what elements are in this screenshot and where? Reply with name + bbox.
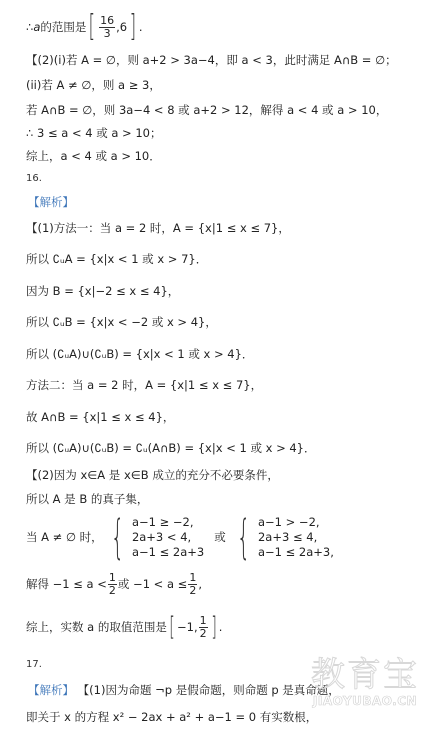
text-line: 综上，a < 4 或 a > 10． [26, 149, 161, 163]
denominator: 3 [104, 28, 111, 40]
system-row: 2a+3 < 4, [132, 530, 204, 545]
inequality-systems-line: 当 A ≠ ∅ 时， { a−1 ≥ −2, 2a+3 < 4, a−1 ≤ 2… [26, 512, 334, 562]
therefore-symbol: ∴ [26, 20, 33, 34]
text-line: (ii)若 A ≠ ∅，则 a ≥ 3， [26, 78, 161, 92]
text-line: 【(2)因为 x∈A 是 x∈B 成立的充分不必要条件， [26, 468, 279, 482]
fraction-1-2: 1 2 [108, 572, 117, 597]
text-line: 所以 ∁ᵤA = {x|x < 1 或 x > 7}． [26, 252, 207, 266]
question-number-16: 16. [26, 172, 42, 186]
numerator: 1 [108, 572, 117, 585]
fraction-16-3: 16 3 [99, 15, 115, 40]
system-1: { a−1 ≥ −2, 2a+3 < 4, a−1 ≤ 2a+3 [103, 514, 205, 560]
final-range-line: 综上，实数 a 的取值范围是 [ −1, 1 2 ] . [26, 612, 222, 642]
watermark-en: JIAOYUBAO.CN [300, 694, 430, 708]
text-line: 所以 A 是 B 的真子集， [26, 492, 148, 506]
text-line: 方法二：当 a = 2 时，A = {x|1 ≤ x ≤ 7}， [26, 378, 262, 392]
final-range-text: 综上，实数 a 的取值范围是 [26, 620, 167, 634]
text-line: 故 A∩B = {x|1 ≤ x ≤ 4}， [26, 410, 174, 424]
watermark-logo: 教育宝 JIAOYUBAO.CN [300, 656, 430, 708]
or-text: 或 [214, 530, 226, 544]
system-row: a−1 ≥ −2, [132, 515, 204, 530]
system-row: a−1 > −2, [258, 515, 334, 530]
left-bracket: [ [169, 612, 175, 642]
system-rows: a−1 > −2, 2a+3 ≤ 4, a−1 ≤ 2a+3, [258, 515, 334, 560]
analysis-line-17: 【解析】 【(1)因为命题 ¬p 是假命题，则命题 p 是真命题， [28, 683, 340, 697]
text-line: 若 A∩B = ∅，则 3a−4 < 8 或 a+2 > 12，解得 a < 4… [26, 103, 387, 117]
system-row: 2a+3 ≤ 4, [258, 530, 334, 545]
range-text: 的范围是 [40, 20, 86, 34]
text-line: 所以 (∁ᵤA)∪(∁ᵤB) = {x|x < 1 或 x > 4}． [26, 347, 253, 361]
system-row: a−1 ≤ 2a+3, [258, 545, 334, 560]
numerator: 16 [99, 15, 115, 28]
left-brace: { [237, 514, 250, 560]
fraction-1-2: 1 2 [199, 615, 208, 640]
system-2: { a−1 > −2, 2a+3 ≤ 4, a−1 ≤ 2a+3, [229, 514, 334, 560]
left-brace: { [111, 514, 124, 560]
analysis-label-16: 【解析】 [28, 195, 74, 209]
text-line: 【(1)方法一：当 a = 2 时，A = {x|1 ≤ x ≤ 7}， [26, 221, 290, 235]
range-result-line: ∴ a 的范围是 [ 16 3 ,6 ] . [26, 12, 142, 42]
numerator: 1 [188, 572, 197, 585]
fraction-1-2: 1 2 [188, 572, 197, 597]
text-line: 所以 ∁ᵤB = {x|x < −2 或 x > 4}， [26, 315, 217, 329]
text-line: ∴ 3 ≤ a < 4 或 a > 10； [26, 126, 161, 140]
solution-text: 解得 −1 ≤ a < [26, 577, 107, 591]
text-line: 因为 B = {x|−2 ≤ x ≤ 4}， [26, 284, 179, 298]
text-line: 即关于 x 的方程 x² − 2ax + a² + a−1 = 0 有实数根， [26, 710, 317, 724]
denominator: 2 [189, 585, 196, 597]
text-line: 所以 (∁ᵤA)∪(∁ᵤB) = ∁ᵤ(A∩B) = {x|x < 1 或 x … [26, 441, 316, 455]
solution-line: 解得 −1 ≤ a < 1 2 或 −1 < a ≤ 1 2 , [26, 570, 202, 598]
interval-left: −1, [177, 620, 198, 634]
question-number-17: 17. [26, 658, 42, 672]
right-bracket: ] [130, 12, 136, 42]
system-rows: a−1 ≥ −2, 2a+3 < 4, a−1 ≤ 2a+3 [132, 515, 204, 560]
condition-text: 当 A ≠ ∅ 时， [26, 530, 103, 544]
period: . [219, 620, 223, 634]
analysis-label-17: 【解析】 [28, 683, 74, 697]
interval-tail: ,6 [116, 20, 127, 34]
system-row: a−1 ≤ 2a+3 [132, 545, 204, 560]
denominator: 2 [200, 628, 207, 640]
solution-text: 或 −1 < a ≤ [118, 577, 187, 591]
watermark-cn: 教育宝 [300, 656, 430, 694]
period: . [139, 20, 143, 34]
left-bracket: [ [89, 12, 95, 42]
numerator: 1 [199, 615, 208, 628]
text-line: 【(2)(i)若 A = ∅，则 a+2 > 3a−4，即 a < 3，此时满足… [26, 53, 397, 67]
var-a: a [33, 20, 40, 34]
right-bracket: ] [211, 612, 217, 642]
denominator: 2 [109, 585, 116, 597]
comma: , [198, 577, 202, 591]
